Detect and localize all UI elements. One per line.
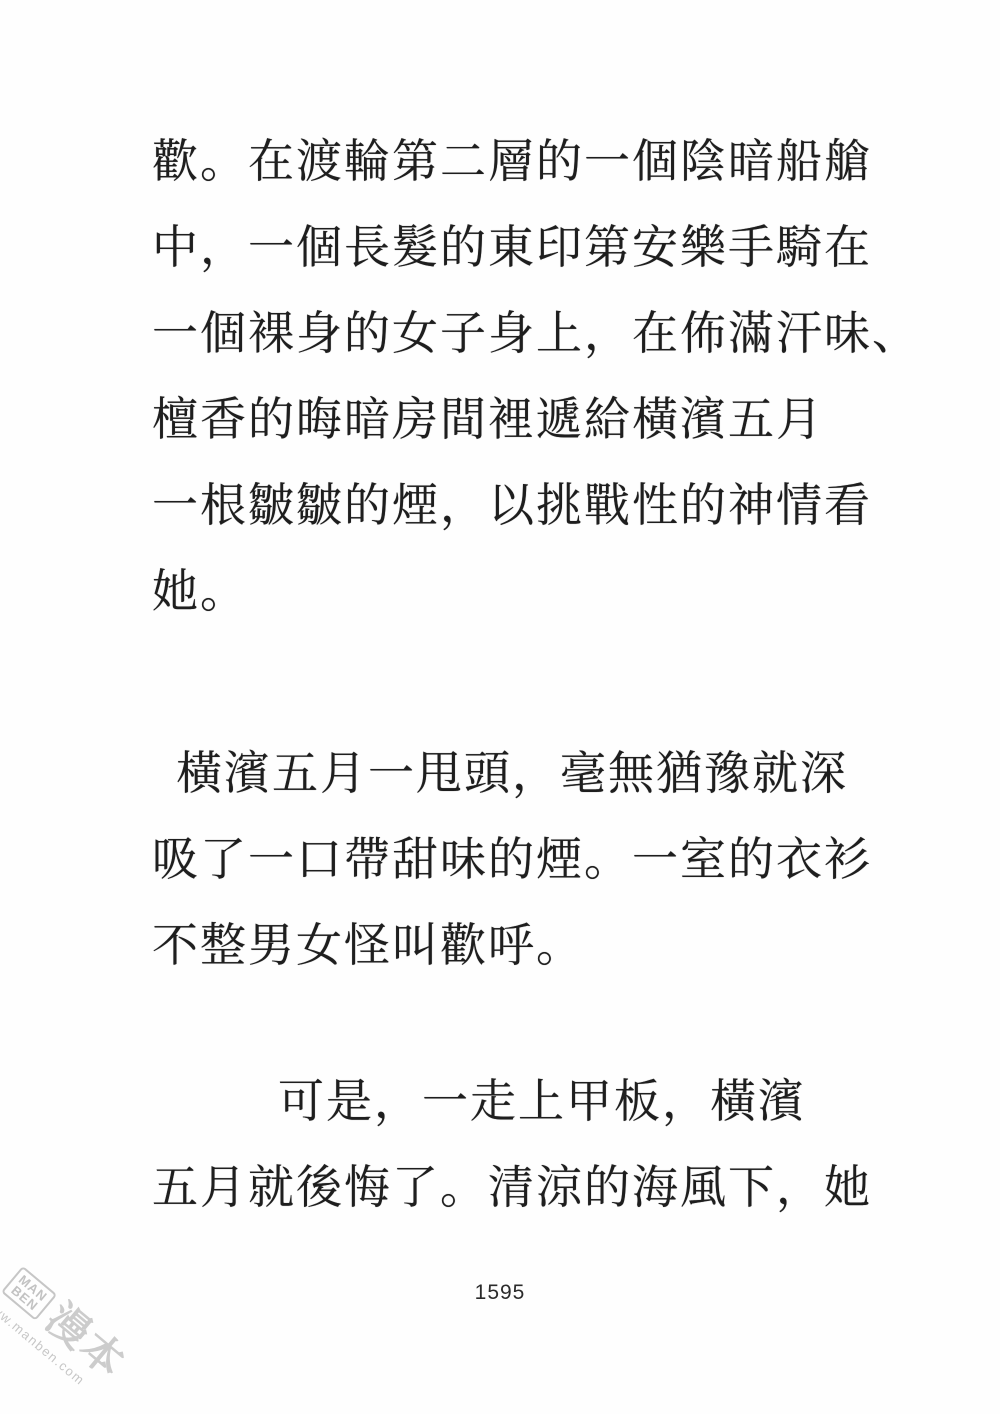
paragraph-2: 橫濱五月一甩頭，毫無猶豫就深 吸了一口帶甜味的煙。一室的衣衫 不整男女怪叫歡呼。 [152,730,890,988]
text-line: 不整男女怪叫歡呼。 [152,902,890,988]
text-line: 一個裸身的女子身上，在佈滿汗味、 [152,290,890,376]
text-line: 吸了一口帶甜味的煙。一室的衣衫 [152,816,890,902]
text-line: 她。 [152,548,890,634]
paragraph-3: 可是，一走上甲板，橫濱 五月就後悔了。清涼的海風下，她 [152,1058,890,1230]
text-line: 橫濱五月一甩頭，毫無猶豫就深 [152,730,890,816]
text-line: 中，一個長髮的東印第安樂手騎在 [152,204,890,290]
text-line: 歡。在渡輪第二層的一個陰暗船艙 [152,118,890,204]
watermark-url: www.manben.com [0,1295,118,1413]
text-line: 一根皺皺的煙，以挑戰性的神情看 [152,462,890,548]
novel-page: 歡。在渡輪第二層的一個陰暗船艙 中，一個長髮的東印第安樂手騎在 一個裸身的女子身… [0,0,1000,1414]
text-line: 檀香的晦暗房間裡遞給橫濱五月 [152,376,890,462]
paragraph-1: 歡。在渡輪第二層的一個陰暗船艙 中，一個長髮的東印第安樂手騎在 一個裸身的女子身… [152,118,890,634]
text-line: 五月就後悔了。清涼的海風下，她 [152,1144,890,1230]
page-text-block: 歡。在渡輪第二層的一個陰暗船艙 中，一個長髮的東印第安樂手騎在 一個裸身的女子身… [152,118,890,1230]
watermark-brand-text: 漫本 [38,1296,134,1386]
page-number: 1595 [0,1281,1000,1305]
text-line: 可是，一走上甲板，橫濱 [152,1058,890,1144]
